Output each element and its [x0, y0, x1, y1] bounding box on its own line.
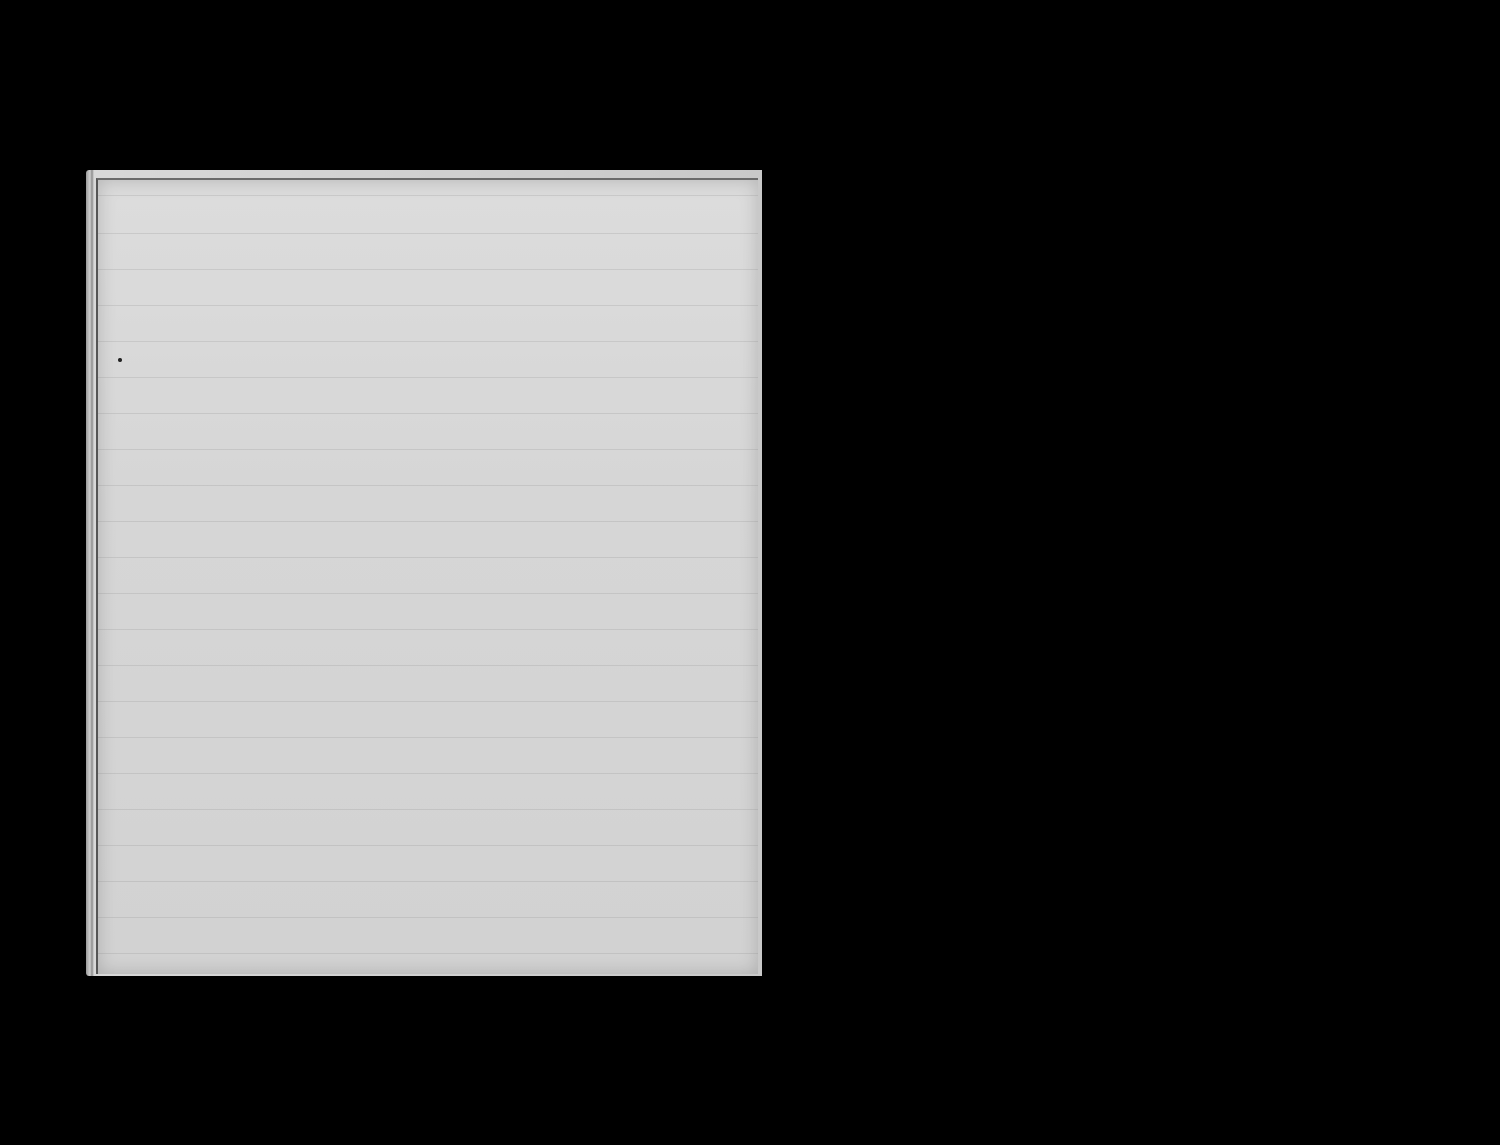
left-page — [96, 178, 758, 974]
ink-dot — [118, 358, 122, 362]
scan-viewer — [0, 0, 1500, 1145]
ruled-lines — [98, 180, 758, 974]
